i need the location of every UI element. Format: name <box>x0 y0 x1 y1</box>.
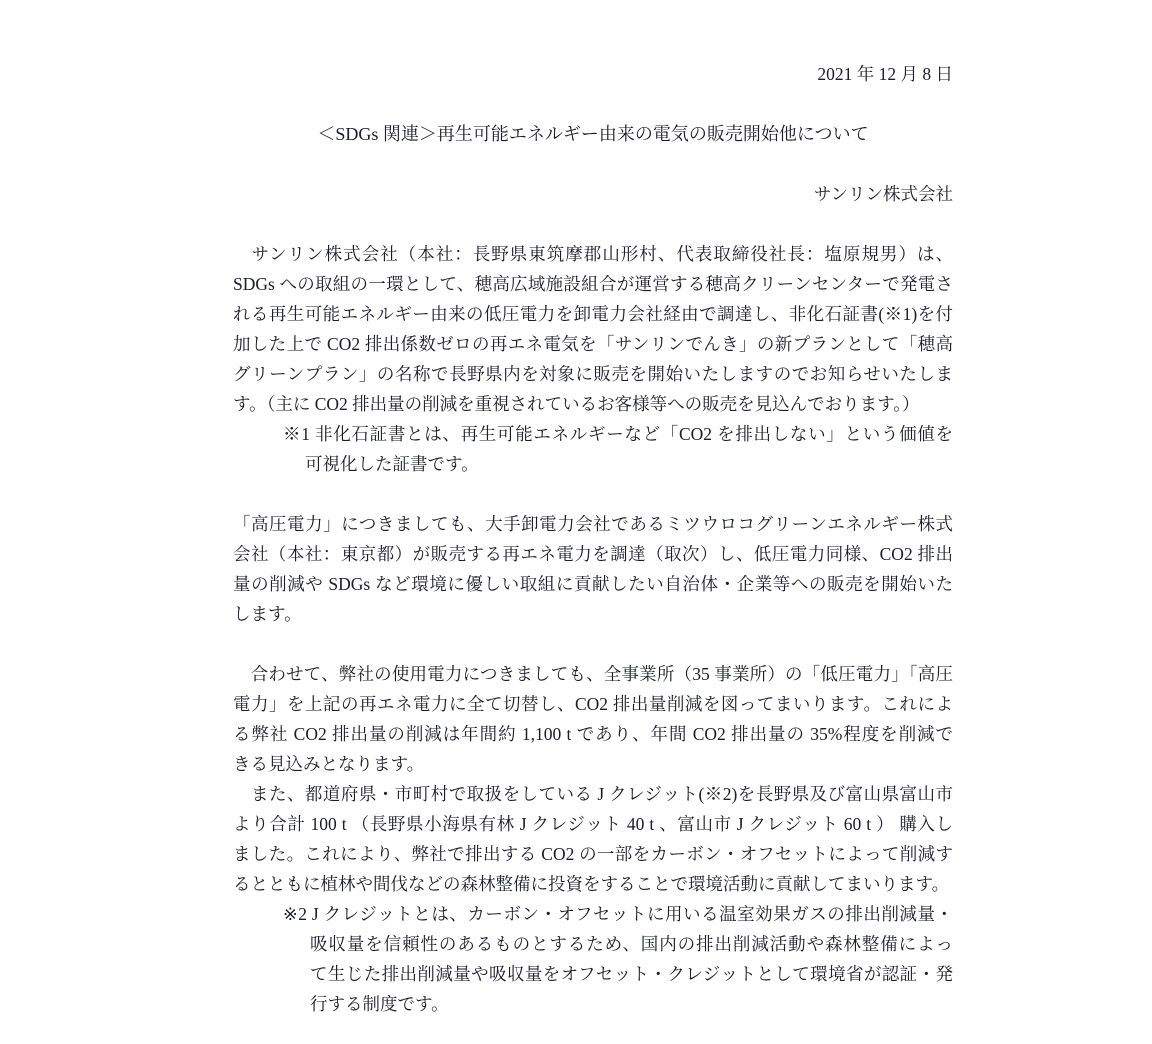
text-line: グリーンプラン」の名称で長野県内を対象に販売を開始いたしますのでお知らせいたしま <box>233 359 953 389</box>
text-line: きる見込みとなります。 <box>233 749 953 779</box>
text-line: SDGs への取組の一環として、穂高広域施設組合が運営する穂高クリーンセンターで… <box>233 269 953 299</box>
text-line: 吸収量を信頼性のあるものとするため、国内の排出削減活動や森林整備によっ <box>283 929 953 959</box>
document-title: ＜SDGs 関連＞再生可能エネルギー由来の電気の販売開始他について <box>233 119 953 149</box>
text-line: す。（主に CO2 排出量の削減を重視されているお客様等への販売を見込んでおりま… <box>233 389 953 419</box>
text-line: れる再生可能エネルギー由来の低圧電力を卸電力会社経由で調達し、非化石証書(※1)… <box>233 299 953 329</box>
text-line: 量の削減や SDGs など環境に優しい取組に貢献したい自治体・企業等への販売を開… <box>233 569 953 599</box>
text-line: ※2 J クレジットとは、カーボン・オフセットに用いる温室効果ガスの排出削減量・ <box>283 899 953 929</box>
text-line: 可視化した証書です。 <box>283 449 953 479</box>
text-line: 「高圧電力」につきましても、大手卸電力会社であるミツウロコグリーンエネルギー株式 <box>233 509 953 539</box>
blank-line <box>233 89 953 119</box>
document-page: 2021 年 12 月 8 日 ＜SDGs 関連＞再生可能エネルギー由来の電気の… <box>0 0 1152 1044</box>
text-line: また、都道府県・市町村で取扱をしている J クレジット(※2)を長野県及び富山県… <box>233 779 953 809</box>
text-line: より合計 100 t （長野県小海県有林 J クレジット 40 t 、富山市 J… <box>233 809 953 839</box>
text-line: 電力」を上記の再エネ電力に全て切替し、CO2 排出量削減を図ってまいります。これ… <box>233 689 953 719</box>
text-line: 加した上で CO2 排出係数ゼロの再エネ電気を「サンリンでんき」の新プランとして… <box>233 329 953 359</box>
blank-line <box>233 209 953 239</box>
footnote-1: ※1 非化石証書とは、再生可能エネルギーなど「CO2 を排出しない」という価値を… <box>283 419 953 479</box>
text-line: ※1 非化石証書とは、再生可能エネルギーなど「CO2 を排出しない」という価値を <box>283 419 953 449</box>
text-line: る弊社 CO2 排出量の削減は年間約 1,100 t であり、年間 CO2 排出… <box>233 719 953 749</box>
paragraph-intro: サンリン株式会社（本社：長野県東筑摩郡山形村、代表取締役社長：塩原規男）は、SD… <box>233 239 953 419</box>
text-line: ました。これにより、弊社で排出する CO2 の一部をカーボン・オフセットによって… <box>233 839 953 869</box>
blank-line <box>233 149 953 179</box>
footnote-2: ※2 J クレジットとは、カーボン・オフセットに用いる温室効果ガスの排出削減量・… <box>283 899 953 1019</box>
text-line: 合わせて、弊社の使用電力につきましても、全事業所（35 事業所）の「低圧電力」「… <box>233 659 953 689</box>
text-line: て生じた排出削減量や吸収量をオフセット・クレジットとして環境省が認証・発 <box>283 959 953 989</box>
paragraph-own-usage: 合わせて、弊社の使用電力につきましても、全事業所（35 事業所）の「低圧電力」「… <box>233 659 953 779</box>
text-line: します。 <box>233 599 953 629</box>
paragraph-j-credit: また、都道府県・市町村で取扱をしている J クレジット(※2)を長野県及び富山県… <box>233 779 953 899</box>
blank-line <box>233 479 953 509</box>
text-line: るとともに植林や間伐などの森林整備に投資をすることで環境活動に貢献してまいります… <box>233 869 953 899</box>
text-line: サンリン株式会社（本社：長野県東筑摩郡山形村、代表取締役社長：塩原規男）は、 <box>233 239 953 269</box>
company-name: サンリン株式会社 <box>233 179 953 209</box>
text-line: 行する制度です。 <box>283 989 953 1019</box>
paragraph-high-voltage: 「高圧電力」につきましても、大手卸電力会社であるミツウロコグリーンエネルギー株式… <box>233 509 953 629</box>
text-line: 会社（本社：東京都）が販売する再エネ電力を調達（取次）し、低圧電力同様、CO2 … <box>233 539 953 569</box>
blank-line <box>233 629 953 659</box>
document-date: 2021 年 12 月 8 日 <box>233 59 953 89</box>
document-content: 2021 年 12 月 8 日 ＜SDGs 関連＞再生可能エネルギー由来の電気の… <box>233 59 953 1019</box>
